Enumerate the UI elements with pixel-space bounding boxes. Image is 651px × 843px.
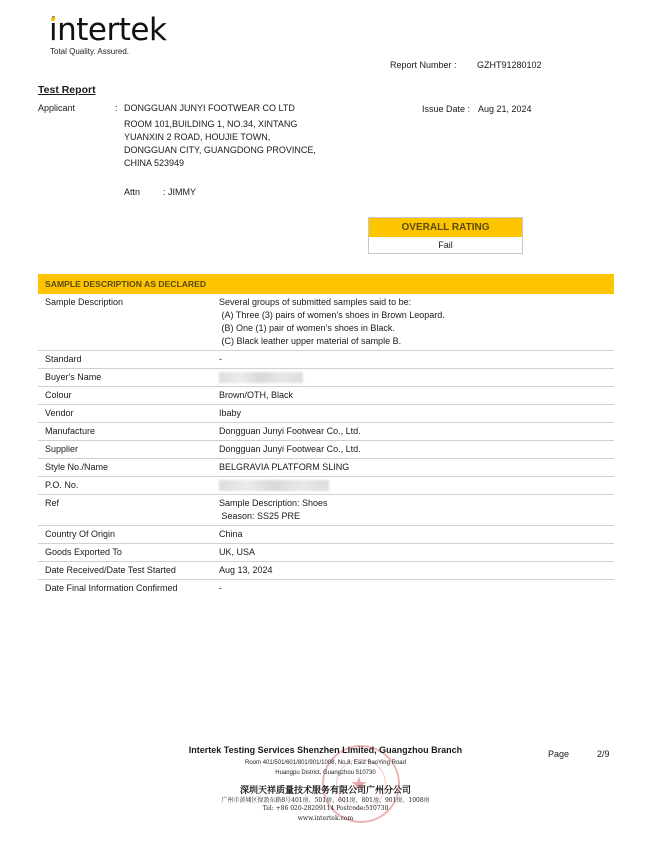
value-line: -	[219, 353, 614, 366]
applicant-address: ROOM 101,BUILDING 1, NO.34, XINTANG YUAN…	[124, 118, 316, 170]
table-row: Date Received/Date Test StartedAug 13, 2…	[38, 562, 614, 580]
address-line: DONGGUAN CITY, GUANGDONG PROVINCE,	[124, 144, 316, 157]
address-line: CHINA 523949	[124, 157, 316, 170]
section-header: SAMPLE DESCRIPTION AS DECLARED	[38, 274, 614, 294]
row-label: Country Of Origin	[38, 526, 219, 544]
value-line: BELGRAVIA PLATFORM SLING	[219, 461, 614, 474]
row-value: Sample Description: Shoes Season: SS25 P…	[219, 495, 614, 526]
row-label: Manufacture	[38, 423, 219, 441]
table-row: ManufactureDongguan Junyi Footwear Co., …	[38, 423, 614, 441]
row-value: China	[219, 526, 614, 544]
sample-description-section: SAMPLE DESCRIPTION AS DECLARED Sample De…	[38, 274, 614, 597]
table-row: Country Of OriginChina	[38, 526, 614, 544]
attn-label: Attn	[124, 186, 140, 198]
applicant-colon: :	[115, 102, 118, 114]
row-label: Vendor	[38, 405, 219, 423]
table-row: Buyer's Name	[38, 369, 614, 387]
table-row: Date Final Information Confirmed-	[38, 580, 614, 598]
row-value: Brown/OTH, Black	[219, 387, 614, 405]
table-row: Style No./NameBELGRAVIA PLATFORM SLING	[38, 459, 614, 477]
value-line: China	[219, 528, 614, 541]
report-number-label: Report Number :	[390, 59, 457, 71]
row-value: UK, USA	[219, 544, 614, 562]
row-value: -	[219, 351, 614, 369]
address-line: ROOM 101,BUILDING 1, NO.34, XINTANG	[124, 118, 316, 131]
value-line: (B) One (1) pair of women’s shoes in Bla…	[219, 322, 614, 335]
table-row: Standard-	[38, 351, 614, 369]
overall-rating-box: OVERALL RATING Fail	[368, 217, 523, 254]
footer-contact: Tel: +86 020-28209114 Postcode:510730	[0, 805, 651, 812]
address-line: YUANXIN 2 ROAD, HOUJIE TOWN,	[124, 131, 316, 144]
row-value: BELGRAVIA PLATFORM SLING	[219, 459, 614, 477]
overall-rating-value: Fail	[369, 237, 522, 253]
row-label: Standard	[38, 351, 219, 369]
value-line: Brown/OTH, Black	[219, 389, 614, 402]
row-label: Buyer's Name	[38, 369, 219, 387]
row-value	[219, 369, 614, 387]
overall-rating-label: OVERALL RATING	[369, 218, 522, 237]
footer-website: www.intertek.com	[0, 815, 651, 822]
row-label: Date Final Information Confirmed	[38, 580, 219, 598]
value-line: (C) Black leather upper material of samp…	[219, 335, 614, 348]
footer-address-line1: Room 401/501/601/801/901/1008, No.8, Eas…	[0, 760, 651, 766]
row-value: Several groups of submitted samples said…	[219, 294, 614, 351]
value-line: Ibaby	[219, 407, 614, 420]
row-label: Date Received/Date Test Started	[38, 562, 219, 580]
row-label: Style No./Name	[38, 459, 219, 477]
row-label: Colour	[38, 387, 219, 405]
footer-address-line2: Huangpu District, Guangzhou 510730	[0, 770, 651, 776]
row-value: Aug 13, 2024	[219, 562, 614, 580]
page-title: Test Report	[38, 84, 96, 96]
value-line: Several groups of submitted samples said…	[219, 296, 614, 309]
table-row: P.O. No.	[38, 477, 614, 495]
report-number: GZHT91280102	[477, 59, 542, 71]
redacted-value	[219, 372, 303, 383]
table-row: Goods Exported ToUK, USA	[38, 544, 614, 562]
logo-tagline: Total Quality. Assured.	[50, 47, 129, 56]
page-label: Page	[548, 748, 569, 760]
issue-date: Aug 21, 2024	[478, 103, 532, 115]
sample-table: Sample DescriptionSeveral groups of subm…	[38, 294, 614, 597]
row-value	[219, 477, 614, 495]
logo-accent-dot-icon	[51, 17, 55, 21]
table-row: RefSample Description: Shoes Season: SS2…	[38, 495, 614, 526]
table-row: Sample DescriptionSeveral groups of subm…	[38, 294, 614, 351]
value-line: Dongguan Junyi Footwear Co., Ltd.	[219, 425, 614, 438]
footer-address-cn: 广州市黄埔区保盈东路8号401房、501房、601房、801房、901房、100…	[0, 795, 651, 804]
row-value: -	[219, 580, 614, 598]
value-line: Aug 13, 2024	[219, 564, 614, 577]
value-line: Dongguan Junyi Footwear Co., Ltd.	[219, 443, 614, 456]
row-label: P.O. No.	[38, 477, 219, 495]
redacted-value	[219, 480, 329, 491]
intertek-logo: intertek	[49, 14, 166, 46]
table-row: SupplierDongguan Junyi Footwear Co., Ltd…	[38, 441, 614, 459]
table-row: ColourBrown/OTH, Black	[38, 387, 614, 405]
page-number: 2/9	[597, 748, 610, 760]
applicant-name: DONGGUAN JUNYI FOOTWEAR CO LTD	[124, 102, 295, 114]
value-line: -	[219, 582, 614, 595]
value-line: UK, USA	[219, 546, 614, 559]
value-line: Sample Description: Shoes	[219, 497, 614, 510]
value-line: Season: SS25 PRE	[219, 510, 614, 523]
applicant-label: Applicant	[38, 102, 75, 114]
row-value: Ibaby	[219, 405, 614, 423]
attn-value: : JIMMY	[163, 186, 196, 198]
table-row: VendorIbaby	[38, 405, 614, 423]
row-label: Goods Exported To	[38, 544, 219, 562]
row-label: Sample Description	[38, 294, 219, 351]
row-label: Supplier	[38, 441, 219, 459]
value-line: (A) Three (3) pairs of women’s shoes in …	[219, 309, 614, 322]
row-label: Ref	[38, 495, 219, 526]
row-value: Dongguan Junyi Footwear Co., Ltd.	[219, 441, 614, 459]
issue-date-label: Issue Date :	[422, 103, 470, 115]
row-value: Dongguan Junyi Footwear Co., Ltd.	[219, 423, 614, 441]
